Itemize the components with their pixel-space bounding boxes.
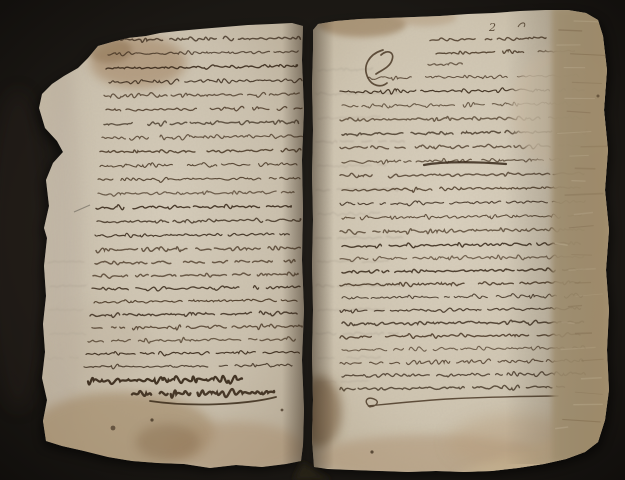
manuscript-scan: 2 (0, 0, 625, 480)
fore-edge-shading (505, 8, 610, 464)
stain-left-edge-band (42, 60, 82, 450)
gutter-shadow-left (282, 18, 304, 468)
stain-bottom-dark (136, 424, 200, 460)
speck (150, 418, 153, 421)
left-page (30, 18, 304, 474)
stain-mid-left (52, 307, 148, 383)
speck (111, 426, 116, 431)
speck (370, 450, 373, 453)
right-page: 2 (299, 8, 620, 480)
page-number: 2 (488, 21, 496, 34)
gutter-shadow-right (312, 10, 334, 468)
